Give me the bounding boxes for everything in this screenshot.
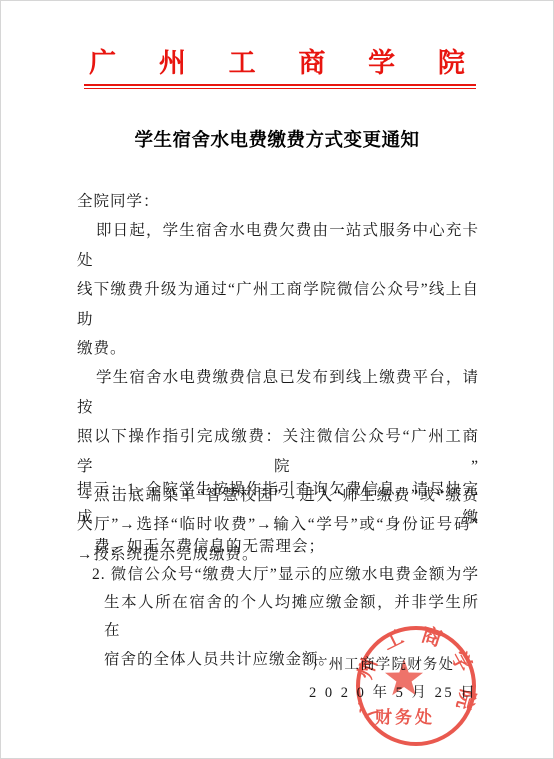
letterhead-title: 广 州 工 商 学 院 bbox=[1, 46, 553, 80]
body-line: 缴费。 bbox=[77, 334, 479, 363]
signature-date: 2 0 2 0 年 5 月 25 日 bbox=[309, 680, 477, 706]
body-line: 照以下操作指引完成缴费：关注微信公众号“广州工商学院” bbox=[77, 422, 479, 481]
document-title: 学生宿舍水电费缴费方式变更通知 bbox=[1, 127, 553, 153]
signature-organization: 广州工商学院财务处 bbox=[313, 652, 454, 678]
salutation-line: 全院同学： bbox=[77, 187, 479, 216]
seal-bottom-text: 财务处 bbox=[375, 707, 435, 727]
body-line: 即日起，学生宿舍水电费欠费由一站式服务中心充卡处 bbox=[77, 216, 479, 275]
body-line: 学生宿舍水电费缴费信息已发布到线上缴费平台，请按 bbox=[77, 363, 479, 422]
tips-line: 费，如无欠费信息的无需理会； bbox=[94, 533, 479, 561]
tips-line: 提示：1. 全院学生按操作指引查询欠费信息，请尽快完成缴 bbox=[77, 476, 479, 533]
body-line: 线下缴费升级为通过“广州工商学院微信公众号”线上自助 bbox=[77, 275, 479, 334]
notice-document-page: 广 州 工 商 学 院 学生宿舍水电费缴费方式变更通知 全院同学： 即日起，学生… bbox=[0, 0, 554, 759]
letterhead-double-rule bbox=[84, 84, 476, 89]
notice-tips: 提示：1. 全院学生按操作指引查询欠费信息，请尽快完成缴 费，如无欠费信息的无需… bbox=[77, 476, 479, 674]
tips-line: 生本人所在宿舍的个人均摊应缴金额，并非学生所在 bbox=[104, 589, 479, 646]
tips-line: 2. 微信公众号“缴费大厅”显示的应缴水电费金额为学 bbox=[92, 561, 479, 589]
